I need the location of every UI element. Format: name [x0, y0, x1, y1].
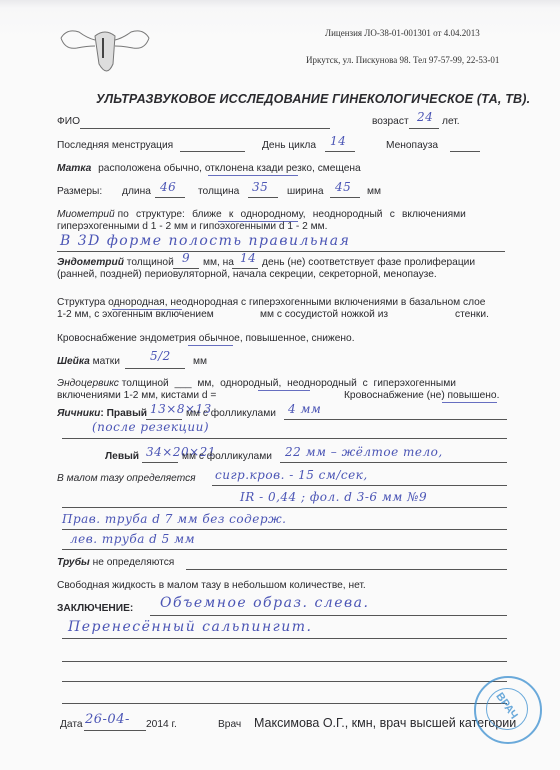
cycle-day-label: День цикла: [262, 140, 316, 151]
myometrium-line2: гиперэхогенными d 1 - 2 мм и гипоэхогенн…: [57, 221, 327, 232]
fio-field[interactable]: [80, 128, 330, 129]
endocervix-line1: Эндоцервикс толщиной ___ мм, однородный,…: [57, 378, 456, 389]
age-label: возраст: [372, 116, 409, 127]
cervix-label: Шейка: [57, 356, 90, 367]
page-title: УЛЬТРАЗВУКОВОЕ ИССЛЕДОВАНИЕ ГИНЕКОЛОГИЧЕ…: [96, 92, 530, 106]
tubes-text: не определяются: [93, 557, 175, 568]
endometrium-day-rest: день (не) соответствует фазе пролифераци…: [262, 257, 475, 268]
endometrium-thickness-label: толщиной: [127, 257, 174, 268]
pelvis-field-4: [62, 549, 507, 550]
clinic-address: Иркутск, ул. Пискунова 98. Тел 97-57-99,…: [306, 55, 499, 65]
endocervix-underline: [258, 390, 310, 391]
blood-supply-underline: [188, 345, 233, 346]
ovary-right-follicles: 4 мм: [288, 402, 321, 416]
ovary-left-follicles-label: мм с фолликулами: [182, 451, 272, 462]
ovaries-label: Яичники: [57, 408, 100, 419]
uterus-position-underline: [208, 175, 298, 176]
ovary-right-follicles-label: мм с фолликулами: [186, 408, 276, 419]
ovary-left-follicles-line: [280, 462, 507, 463]
cervix-text: матки: [93, 356, 120, 367]
doctor-label: Врач: [218, 719, 241, 730]
age-field[interactable]: [409, 128, 439, 129]
sizes-label: Размеры:: [57, 186, 102, 197]
length-line: [155, 197, 185, 198]
conclusion-field-1: [150, 615, 507, 616]
ultrasound-report-page: Лицензия ЛО-38-01-001301 от 4.04.2013 Ир…: [0, 0, 560, 770]
pelvis-label: В малом тазу определяется: [57, 473, 196, 484]
pelvis-field-3: [62, 529, 507, 530]
last-menstruation-label: Последняя менструация: [57, 140, 173, 151]
width-label: ширина: [287, 186, 324, 197]
endocervix-label: Эндоцервикс: [57, 378, 119, 389]
endocervix-line2b: Кровоснабжение (не) повышено.: [344, 390, 499, 401]
cervix-line: [125, 368, 185, 369]
cycle-day-field[interactable]: [325, 151, 355, 152]
doctor-stamp: ВРАЧ: [474, 676, 542, 744]
conclusion-field-4: [62, 681, 507, 682]
cervix-unit: мм: [193, 356, 207, 367]
endometrium-mm-on: мм, на: [203, 257, 234, 268]
ovary-right-follicles-line: [284, 419, 507, 420]
pelvis-field-2: [62, 507, 507, 508]
pelvis-line-3: Прав. труба d 7 мм без содерж.: [62, 512, 286, 526]
cervix-value: 5/2: [150, 349, 171, 363]
myometrium-line1: Миометрий по структуре: ближе к однородн…: [57, 209, 466, 220]
ovary-right-note-line: [62, 438, 507, 439]
tubes-row: Трубы не определяются: [57, 557, 174, 568]
cervix-row: Шейка матки: [57, 356, 120, 367]
ovary-left-size-line: [142, 462, 178, 463]
age-suffix: лет.: [442, 116, 460, 127]
conclusion-line-2: Перенесённый сальпингит.: [68, 619, 312, 635]
conclusion-field-5: [62, 703, 507, 704]
length-label: длина: [122, 186, 151, 197]
myometrium-text1: по структуре: ближе к однородному, неодн…: [118, 209, 466, 220]
width-line: [330, 197, 360, 198]
last-menstruation-field[interactable]: [180, 151, 245, 152]
date-value: 26-04-: [85, 712, 130, 727]
myometrium-label: Миометрий: [57, 209, 115, 220]
ovary-right-label: Правый: [107, 408, 147, 419]
menopause-label: Менопауза: [386, 140, 438, 151]
endometrium-thickness-value: 9: [182, 251, 190, 265]
date-field: [84, 730, 146, 731]
endometrium-phase-line: (ранней, поздней) периовуляторной, начал…: [57, 269, 437, 280]
thickness-label: толщина: [198, 186, 239, 197]
endometrium-day-value: 14: [240, 251, 256, 265]
pelvis-line-1: сигр.кров. - 15 см/сек,: [215, 468, 368, 482]
endometrium-label: Эндометрий: [57, 257, 124, 268]
uterus-illustration-icon: [57, 18, 153, 80]
size-unit: мм: [367, 186, 381, 197]
conclusion-field-2: [62, 638, 507, 639]
conclusion-label: ЗАКЛЮЧЕНИЕ:: [57, 603, 133, 614]
ovary-right-note: (после резекции): [92, 420, 209, 434]
myometrium-note-line: [57, 251, 505, 252]
pelvis-field-1: [212, 485, 507, 486]
thickness-value: 35: [252, 180, 268, 194]
endocervix-blood-underline: [442, 402, 497, 403]
conclusion-field-3: [62, 661, 507, 662]
uterus-label: Матка: [57, 163, 91, 174]
pelvis-line-4: лев. труба d 5 мм: [70, 532, 195, 546]
endometrium-structure-line2b: мм с сосудистой ножкой из: [260, 309, 388, 320]
tubes-field: [186, 569, 507, 570]
thickness-line: [248, 197, 278, 198]
endometrium-line1: Эндометрий толщиной: [57, 257, 174, 268]
age-value: 24: [417, 110, 433, 124]
endocervix-line2a: включениями 1-2 мм, кистами d =: [57, 390, 216, 401]
width-value: 45: [335, 180, 351, 194]
length-value: 46: [160, 180, 176, 194]
endometrium-structure-line1: Структура однородная, неоднородная с гип…: [57, 297, 485, 308]
fio-label: ФИО: [57, 116, 80, 127]
menopause-field[interactable]: [450, 151, 480, 152]
myometrium-handwritten-note: В 3D форме полость правильная: [60, 233, 350, 249]
date-label: Дата: [60, 719, 83, 730]
uterus-position-text: расположена обычно, отклонена кзади резк…: [98, 163, 361, 174]
ovaries-right-row: Яичники: Правый: [57, 408, 147, 419]
tubes-label: Трубы: [57, 557, 90, 568]
endometrium-blood-supply: Кровоснабжение эндометрия обычное, повыш…: [57, 333, 355, 344]
date-year: 2014 г.: [146, 719, 177, 730]
ovary-left-follicles: 22 мм – жёлтое тело,: [285, 445, 443, 459]
cycle-day-value: 14: [330, 134, 346, 148]
conclusion-line-1: Объемное образ. слева.: [160, 595, 369, 611]
uterus-row: Матка расположена обычно, отклонена кзад…: [57, 163, 361, 174]
endometrium-structure-line2c: стенки.: [455, 309, 489, 320]
pelvis-line-2: IR - 0,44 ; фол. d 3-6 мм №9: [240, 490, 427, 504]
endometrium-structure-line2a: 1-2 мм, с эхогенным включением: [57, 309, 214, 320]
endocervix-text1: толщиной ___ мм, однородный, неоднородны…: [122, 378, 456, 389]
license-text: Лицензия ЛО-38-01-001301 от 4.04.2013: [325, 28, 480, 38]
free-fluid-text: Свободная жидкость в малом тазу в неболь…: [57, 580, 366, 591]
ovary-left-label: Левый: [105, 451, 139, 462]
